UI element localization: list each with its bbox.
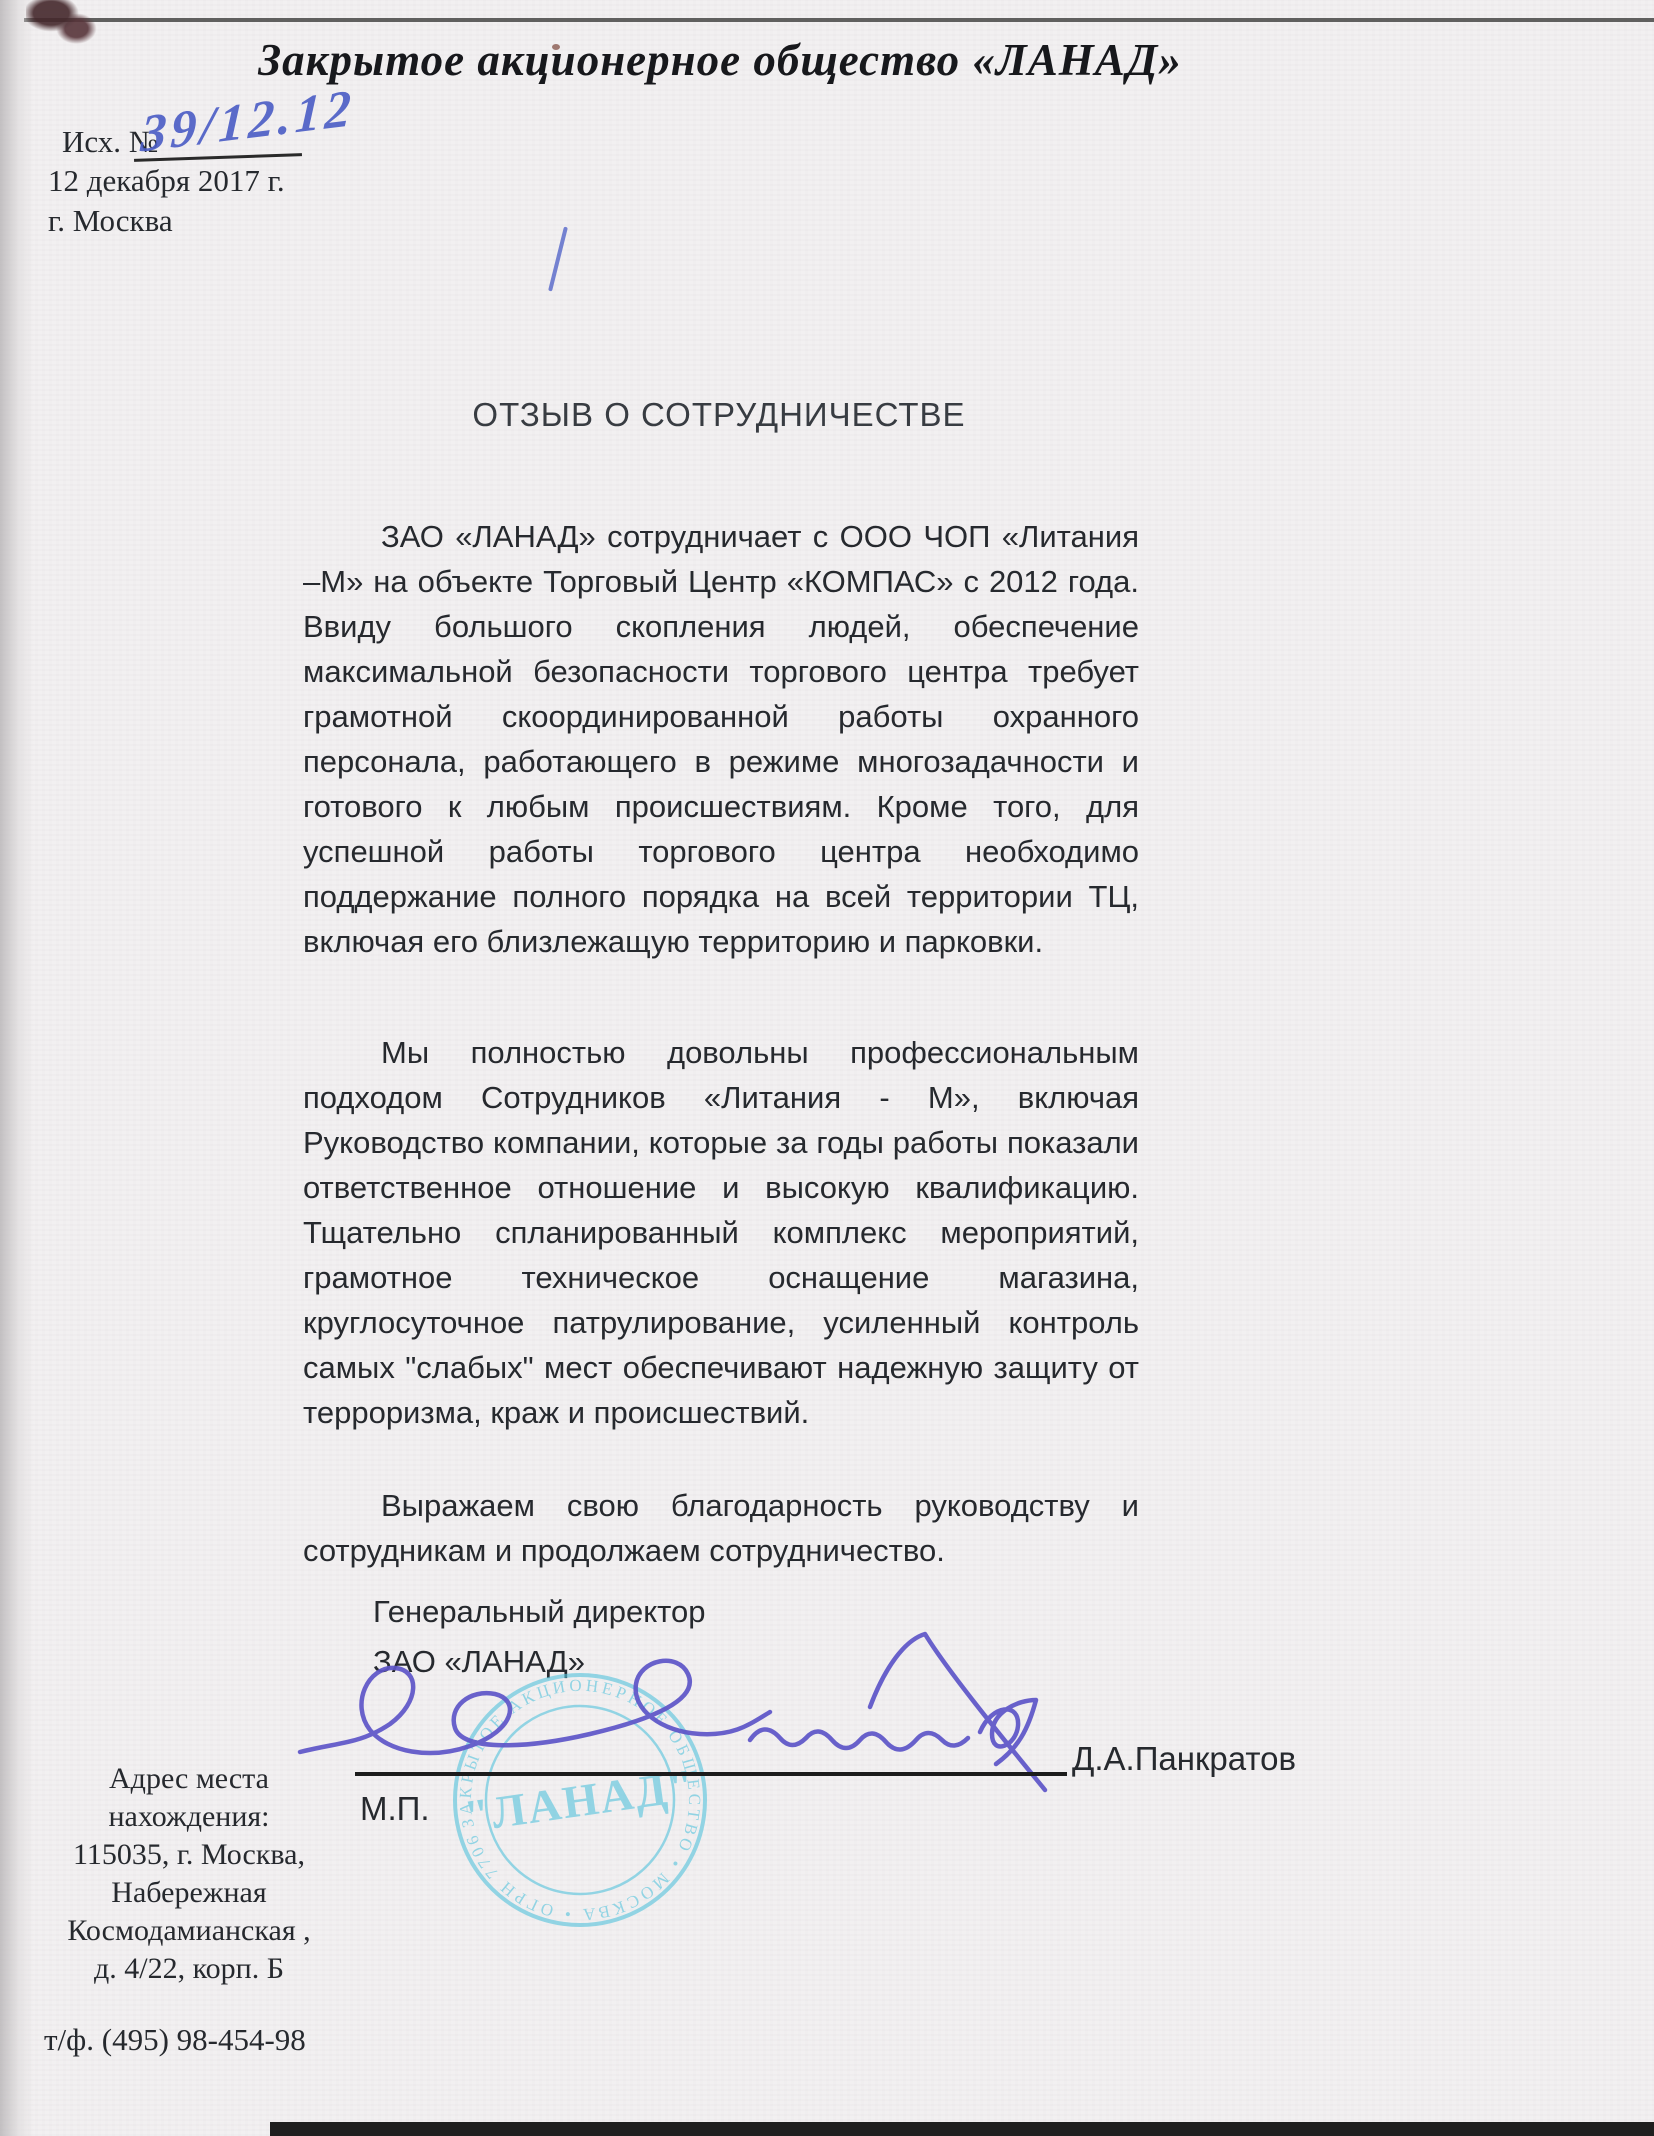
address-block: Адрес места нахождения: 115035, г. Москв… xyxy=(38,1760,340,1988)
paragraph-3: Выражаем свою благодарность руководству … xyxy=(303,1483,1139,1573)
address-line: Набережная xyxy=(38,1874,340,1912)
address-line: нахождения: xyxy=(38,1798,340,1836)
letterhead-company-name: Закрытое акционерное общество «ЛАНАД» xyxy=(0,34,1440,86)
address-line: Космодамианская , xyxy=(38,1912,340,1950)
scan-artifact-left-edge xyxy=(0,0,34,2136)
letter-title: ОТЗЫВ О СОТРУДНИЧЕСТВЕ xyxy=(300,396,1138,434)
address-line: д. 4/22, корп. Б xyxy=(38,1950,340,1988)
signature-underline xyxy=(355,1772,1067,1776)
scanned-letter-page: Закрытое акционерное общество «ЛАНАД» Ис… xyxy=(0,0,1654,2136)
letter-date: 12 декабря 2017 г. xyxy=(48,163,285,199)
scan-artifact-bottom-bar xyxy=(270,2122,1654,2136)
letter-city: г. Москва xyxy=(48,203,173,239)
outgoing-number-handwritten: 39/12.12 xyxy=(139,78,356,164)
address-line: Адрес места xyxy=(38,1760,340,1798)
phone-line: т/ф. (495) 98-454-98 xyxy=(44,2022,306,2058)
ink-stroke-over-date xyxy=(548,226,568,291)
letter-body: ЗАО «ЛАНАД» сотрудничает с ООО ЧОП «Лита… xyxy=(303,514,1139,1573)
seal-placeholder-label: М.П. xyxy=(360,1790,430,1828)
paragraph-2: Мы полностью довольны профессиональным п… xyxy=(303,1030,1139,1435)
signatory-name: Д.А.Панкратов xyxy=(1072,1740,1296,1778)
address-line: 115035, г. Москва, xyxy=(38,1836,340,1874)
scan-artifact-top-line xyxy=(24,18,1654,22)
paragraph-1: ЗАО «ЛАНАД» сотрудничает с ООО ЧОП «Лита… xyxy=(303,514,1139,964)
